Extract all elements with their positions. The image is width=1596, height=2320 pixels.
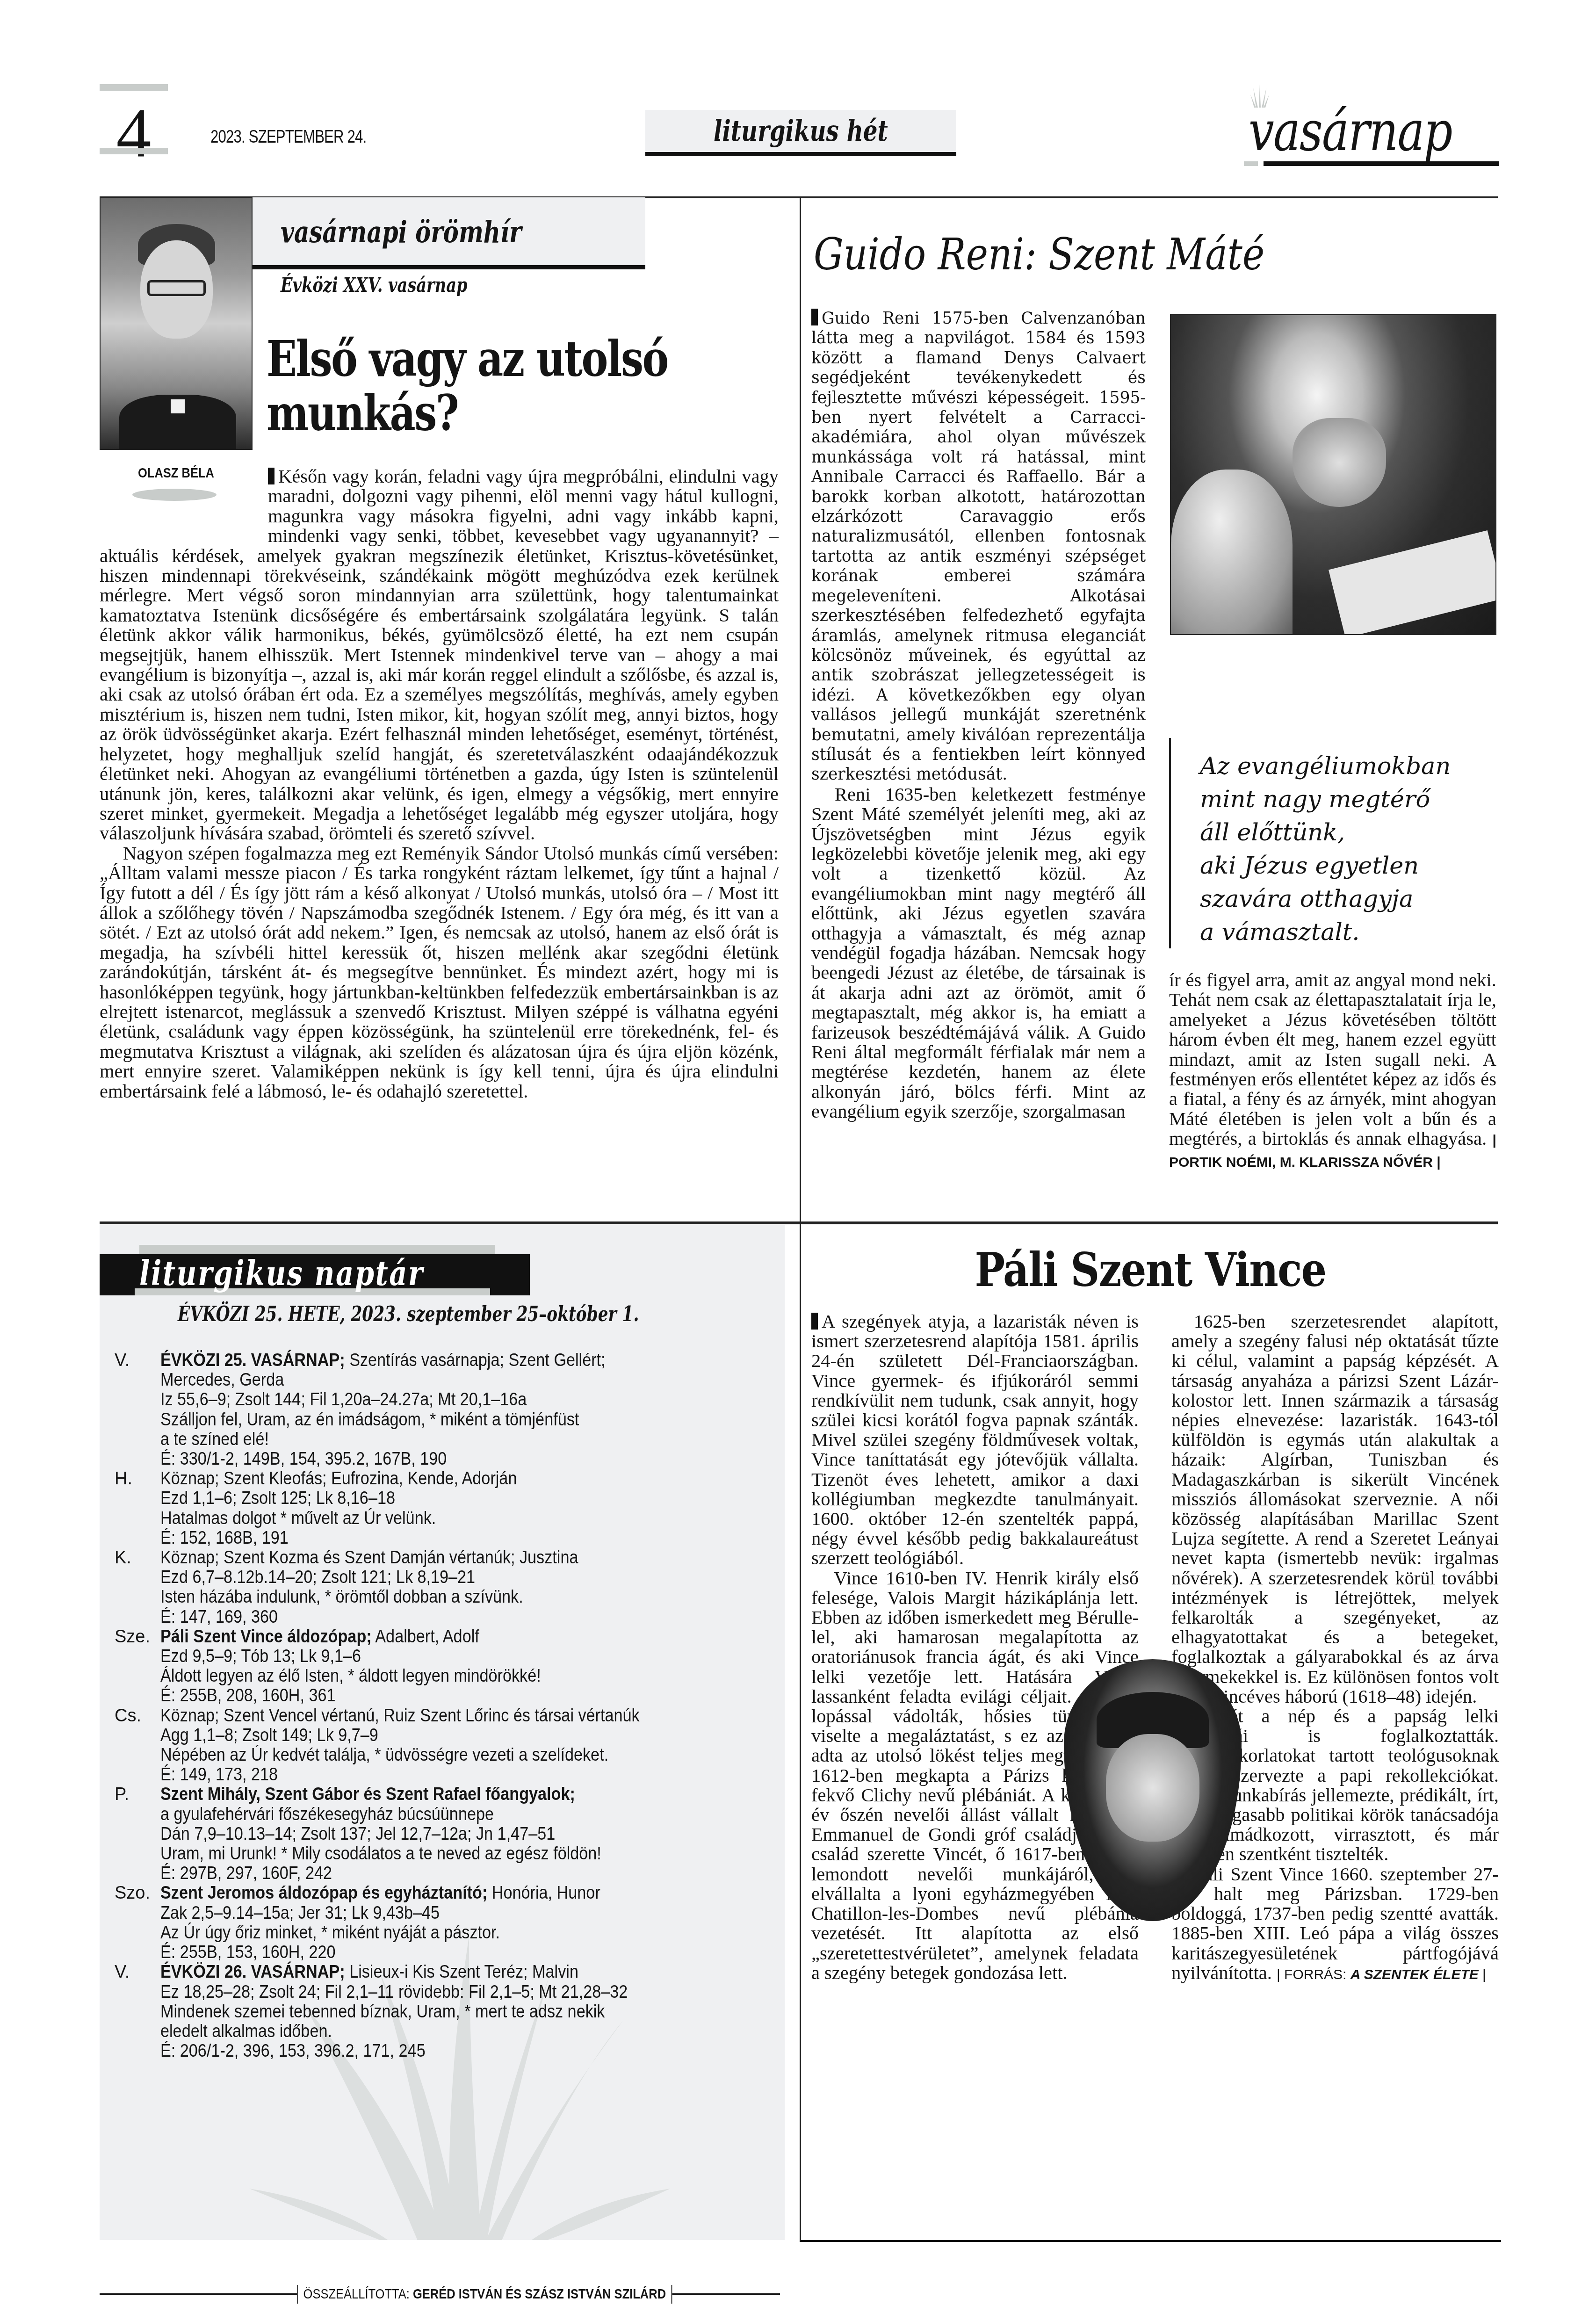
- issue-date: 2023. SZEPTEMBER 24.: [210, 127, 366, 147]
- calendar-tag-label: liturgikus naptár: [139, 1252, 424, 1294]
- psalm-response: Népében az Úr kedvét találja, * üdvösség…: [160, 1745, 640, 1765]
- paragraph: Guido Reni 1575-ben Calvenzanóban látta …: [811, 309, 1146, 785]
- section-label-box: liturgikus hét: [645, 110, 956, 156]
- readings: Ezd 9,5–9; Tób 13; Lk 9,1–6: [160, 1647, 541, 1666]
- paragraph: 1625-ben szerzetesrendet alapított, amel…: [1171, 1312, 1499, 1706]
- psalm-response: Uram, mi Urunk! * Mily csodálatos a te n…: [160, 1844, 601, 1864]
- calendar-credit: ÖSSZEÁLLÍTOTTA: GERÉD ISTVÁN ÉS SZÁSZ IS…: [297, 2285, 672, 2304]
- calendar-line: Mercedes, Gerda: [160, 1370, 606, 1390]
- body-indent-spacer: [100, 467, 268, 528]
- psalm-response: Mindenek szemei tebenned bíznak, Uram, *…: [160, 2002, 628, 2022]
- day-feast: ÉVKÖZI 25. VASÁRNAP;: [160, 1351, 345, 1370]
- vince-column-1: A szegények atyja, a lazaristák néven is…: [811, 1312, 1139, 1983]
- painting-book: [1329, 530, 1496, 635]
- section-label: liturgikus hét: [679, 110, 922, 152]
- vince-article-title: Páli Szent Vince: [849, 1242, 1452, 1298]
- hymn-numbers: É: 297B, 297, 160F, 242: [160, 1864, 601, 1883]
- page-number: 4: [100, 96, 168, 171]
- paragraph: Nagyon szépen fogalmazza meg ezt Reményi…: [100, 844, 779, 1101]
- calendar-list: V. ÉVKÖZI 25. VASÁRNAP; Szentírás vasárn…: [115, 1351, 783, 2061]
- calendar-line: a gyulafehérvári főszékesegyház búcsúünn…: [160, 1805, 601, 1824]
- painting-figure-angel: [1171, 470, 1293, 635]
- calendar-day-friday: P. Szent Mihály, Szent Gábor és Szent Ra…: [115, 1785, 783, 1883]
- calendar-day-tuesday: K. Köznap; Szent Kozma és Szent Damján v…: [115, 1548, 783, 1627]
- paragraph-marker-icon: [268, 468, 274, 484]
- hymn-numbers: É: 255B, 208, 160H, 361: [160, 1686, 541, 1706]
- main-article-body: Későn vagy korán, feladni vagy újra megp…: [100, 467, 779, 1101]
- hymn-numbers: É: 147, 169, 360: [160, 1607, 578, 1627]
- vince-column-2: 1625-ben szerzetesrendet alapított, amel…: [1171, 1312, 1499, 1985]
- page-number-bar-bottom: [100, 148, 168, 154]
- portrait-face: [1106, 1734, 1199, 1842]
- day-abbrev: V.: [115, 1351, 160, 1469]
- day-feast: Köznap; Szent Kozma és Szent Damján vért…: [160, 1548, 578, 1568]
- hymn-numbers: É: 149, 173, 218: [160, 1765, 640, 1785]
- painting-saint-matthew: [1170, 314, 1496, 635]
- photo-glasses: [147, 280, 206, 296]
- masthead-logo[interactable]: vasárnap: [1244, 96, 1499, 166]
- article-headline: Első vagy az utolsó munkás?: [267, 332, 688, 441]
- section-rule: [100, 1221, 1498, 1224]
- source-credit: | FORRÁS: A SZENTEK ÉLETE |: [1277, 1967, 1486, 1982]
- readings: Ezd 6,7–8.12b.14–20; Zsolt 121; Lk 8,19–…: [160, 1568, 578, 1587]
- calendar-day-saturday: Szo. Szent Jeromos áldozópap és egyházta…: [115, 1883, 783, 1962]
- psalm-response: Szálljon fel, Uram, az én imádságom, * m…: [160, 1410, 606, 1430]
- column-kicker: vasárnapi örömhír: [281, 214, 521, 251]
- day-feast: Köznap; Szent Vencel vértanú, Ruiz Szent…: [160, 1706, 640, 1726]
- calendar-day-thursday: Cs. Köznap; Szent Vencel vértanú, Ruiz S…: [115, 1706, 783, 1785]
- masthead-logo-text: vasárnap: [1249, 96, 1452, 166]
- logo-accent-bar: [1244, 161, 1258, 166]
- readings: Agg 1,1–8; Zsolt 149; Lk 9,7–9: [160, 1726, 640, 1745]
- readings: Iz 55,6–9; Zsolt 144; Fil 1,20a–24.27a; …: [160, 1390, 606, 1409]
- paragraph: A szegények atyja, a lazaristák néven is…: [811, 1312, 1139, 1568]
- readings: Ez 18,25–28; Zsolt 24; Fil 2,1–11 rövide…: [160, 1982, 628, 2002]
- paragraph-marker-icon: [811, 1313, 818, 1330]
- readings: Zak 2,5–9.14–15a; Jer 31; Lk 9,43b–45: [160, 1903, 600, 1923]
- page-number-bar-top: [100, 84, 168, 91]
- paragraph: ír és figyel arra, amit az angyal mond n…: [1169, 969, 1496, 1149]
- psalm-response: eledelt alkalmas időben.: [160, 2022, 628, 2041]
- day-feast: Szent Mihály, Szent Gábor és Szent Rafae…: [160, 1785, 575, 1804]
- column-kicker-box: vasárnapi örömhír: [253, 197, 645, 269]
- calendar-day-monday: H. Köznap; Szent Kleofás; Eufrozina, Ken…: [115, 1469, 783, 1548]
- day-feast: Szent Jeromos áldozópap és egyháztanító;: [160, 1883, 487, 1903]
- calendar-day-wednesday: Sze. Páli Szent Vince áldozópap; Adalber…: [115, 1627, 783, 1706]
- paragraph: Páli Szent Vince 1660. szeptember 27-én …: [1171, 1865, 1499, 1985]
- calendar-day-sunday-26: V. ÉVKÖZI 26. VASÁRNAP; Lisieux-i Kis Sz…: [115, 1962, 783, 2061]
- paragraph-marker-icon: [811, 309, 818, 325]
- reni-article-column-2: ír és figyel arra, amit az angyal mond n…: [1169, 970, 1496, 1172]
- hymn-numbers: É: 206/1-2, 396, 153, 396.2, 171, 245: [160, 2041, 628, 2061]
- day-feast: Páli Szent Vince áldozópap;: [160, 1627, 372, 1647]
- bottom-rule: [800, 2240, 1501, 2242]
- day-feast: Köznap; Szent Kleofás; Eufrozina, Kende,…: [160, 1469, 517, 1489]
- subkicker: Évközi XXV. vasárnap: [281, 274, 467, 296]
- readings: Dán 7,9–10.13–14; Zsolt 137; Jel 12,7–12…: [160, 1824, 601, 1844]
- day-abbrev: P.: [115, 1785, 160, 1883]
- psalm-response: Áldott legyen az élő Isten, * áldott leg…: [160, 1666, 541, 1686]
- painting-figure-matthew: [1293, 418, 1386, 507]
- hymn-numbers: É: 152, 168B, 191: [160, 1528, 517, 1548]
- day-abbrev: K.: [115, 1548, 160, 1627]
- day-feast: ÉVKÖZI 26. VASÁRNAP;: [160, 1962, 345, 1982]
- paragraph: Reni 1635-ben keletkezett festménye Szen…: [811, 785, 1146, 1122]
- day-abbrev: Szo.: [115, 1883, 160, 1962]
- day-abbrev: H.: [115, 1469, 160, 1548]
- calendar-day-sunday-25: V. ÉVKÖZI 25. VASÁRNAP; Szentírás vasárn…: [115, 1351, 783, 1469]
- day-abbrev: V.: [115, 1962, 160, 2061]
- calendar-heading: ÉVKÖZI 25. HETE, 2023. szeptember 25–okt…: [178, 1302, 639, 1326]
- hymn-numbers: É: 330/1-2, 149B, 154, 395.2, 167B, 190: [160, 1449, 606, 1469]
- day-abbrev: Sze.: [115, 1627, 160, 1706]
- pull-quote: Az evangéliumokban mint nagy megtérő áll…: [1169, 738, 1498, 948]
- logo-underline: [1264, 161, 1499, 166]
- psalm-response: a te színed elé!: [160, 1430, 606, 1449]
- psalm-response: Az Úr úgy őriz minket, * miként nyáját a…: [160, 1923, 600, 1943]
- psalm-response: Hatalmas dolgot * művelt az Úr velünk.: [160, 1509, 517, 1528]
- column-divider-top: [800, 197, 801, 1222]
- pull-quote-text: Az evangéliumokban mint nagy megtérő áll…: [1200, 750, 1451, 949]
- psalm-response: Isten házába indulunk, * örömtől dobban …: [160, 1587, 578, 1607]
- readings: Ezd 1,1–6; Zsolt 125; Lk 8,16–18: [160, 1489, 517, 1508]
- reni-article-column-1: Guido Reni 1575-ben Calvenzanóban látta …: [811, 309, 1146, 1122]
- photo-clerical-collar: [119, 395, 236, 450]
- column-divider-bottom: [800, 1224, 801, 2240]
- day-abbrev: Cs.: [115, 1706, 160, 1785]
- hymn-numbers: É: 255B, 153, 160H, 220: [160, 1943, 600, 1962]
- author-photo: [100, 197, 253, 450]
- reni-article-title: Guido Reni: Szent Máté: [814, 229, 1264, 281]
